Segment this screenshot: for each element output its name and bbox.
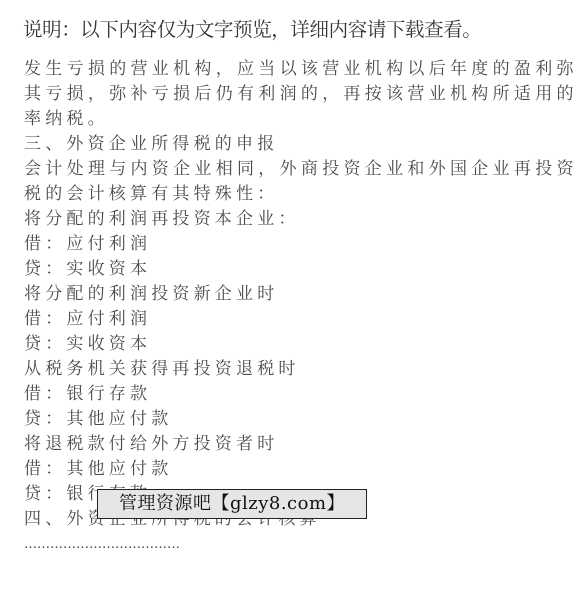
journal-entry-credit: 贷：实收资本 (24, 257, 564, 282)
journal-entry-credit: 贷：其他应付款 (24, 407, 564, 432)
journal-entry-debit: 借：应付利润 (24, 232, 564, 257)
journal-entry-credit: 贷：实收资本 (24, 332, 564, 357)
paragraph-line: 将分配的利润投资新企业时 (24, 282, 564, 307)
continuation-ellipsis: ……………………………… (24, 532, 564, 557)
preview-notice: 说明：以下内容仅为文字预览，详细内容请下载查看。 (23, 16, 481, 44)
journal-entry-debit: 借：银行存款 (24, 382, 564, 407)
paragraph-line: 会计处理与内资企业相同，外商投资企业和外国企业再投资退 (24, 157, 564, 182)
journal-entry-debit: 借：其他应付款 (24, 457, 564, 482)
paragraph-line: 率纳税。 (24, 107, 564, 132)
paragraph-line: 发生亏损的营业机构，应当以该营业机构以后年度的盈利弥补 (24, 57, 564, 82)
paragraph-line: 从税务机关获得再投资退税时 (24, 357, 564, 382)
document-body: 发生亏损的营业机构，应当以该营业机构以后年度的盈利弥补 其亏损，弥补亏损后仍有利… (24, 57, 564, 557)
paragraph-line: 其亏损，弥补亏损后仍有利润的，再按该营业机构所适用的税 (24, 82, 564, 107)
watermark-label: 管理资源吧【glzy8.com】 (97, 489, 367, 519)
section-heading: 三、外资企业所得税的申报 (24, 132, 564, 157)
journal-entry-debit: 借：应付利润 (24, 307, 564, 332)
paragraph-line: 税的会计核算有其特殊性： (24, 182, 564, 207)
paragraph-line: 将退税款付给外方投资者时 (24, 432, 564, 457)
paragraph-line: 将分配的利润再投资本企业： (24, 207, 564, 232)
